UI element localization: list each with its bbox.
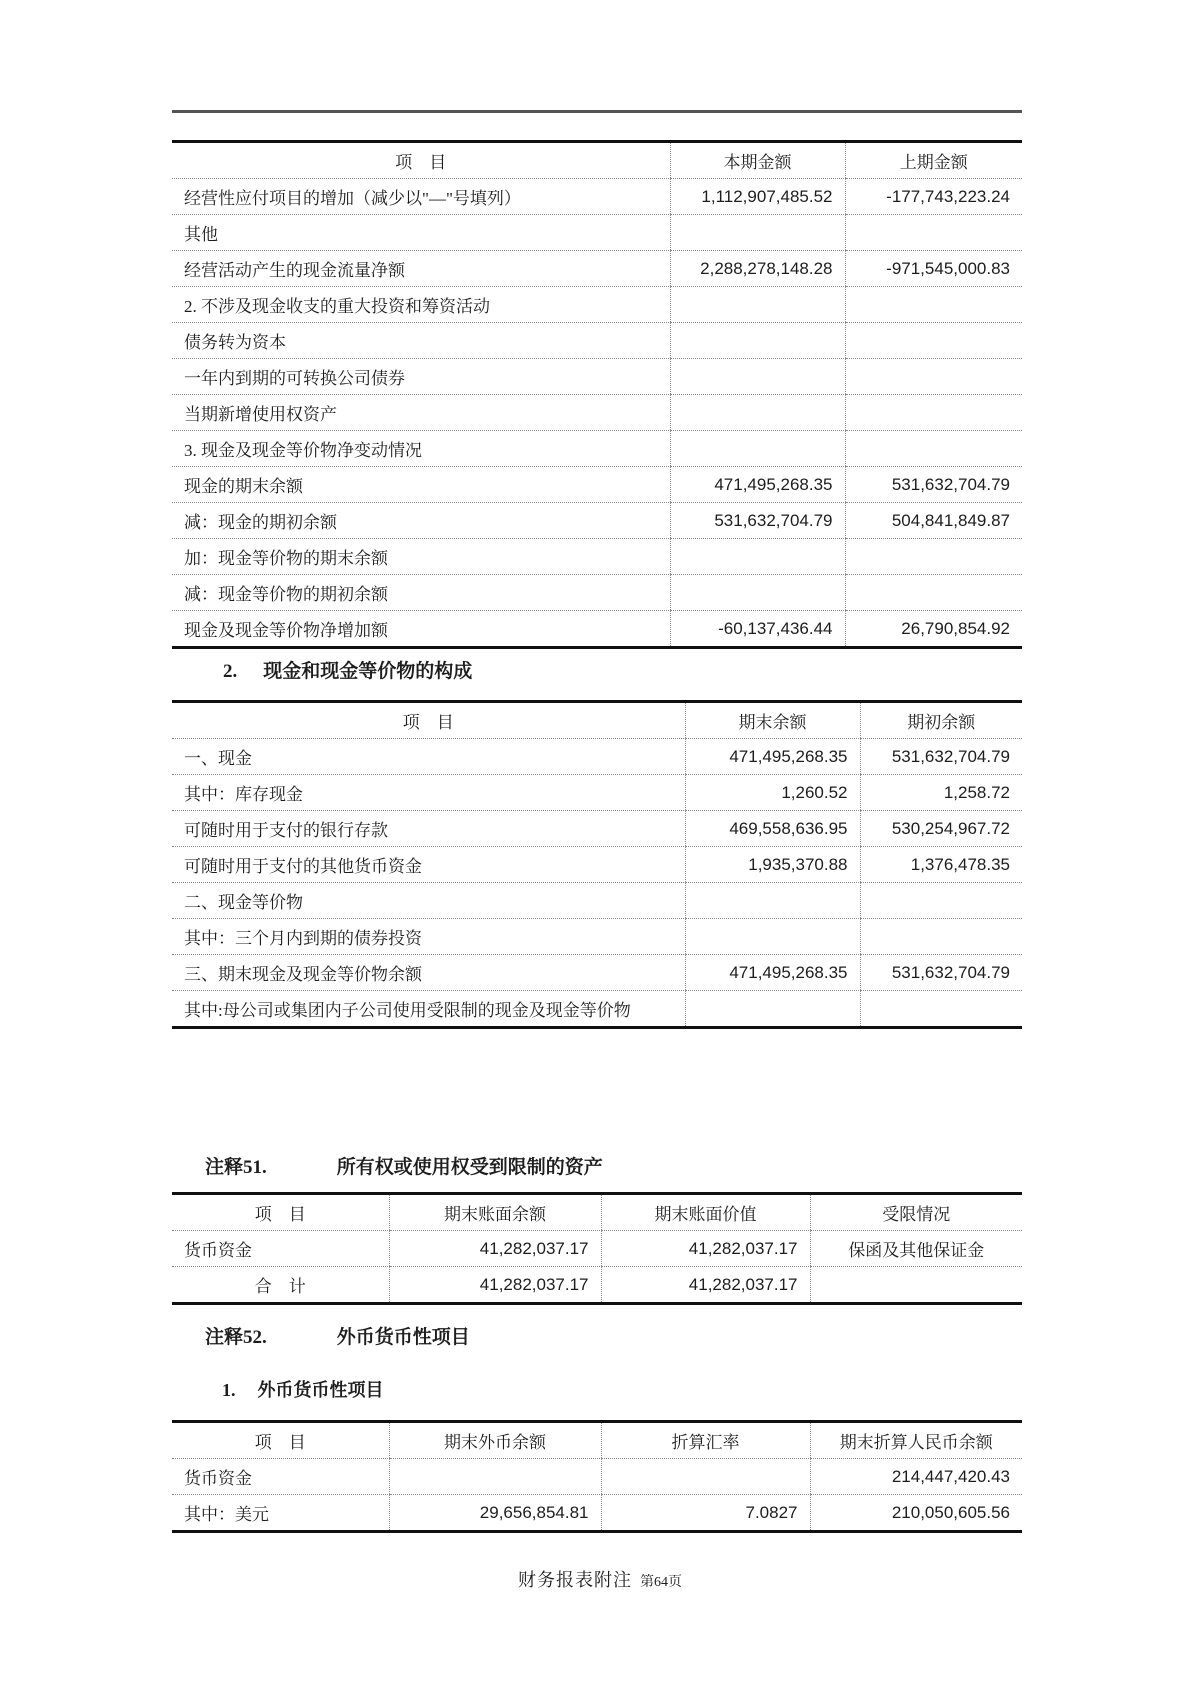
table-row: 2. 不涉及现金收支的重大投资和筹资活动 [172, 287, 1022, 323]
cell-item: 其他 [172, 215, 670, 251]
table-row: 现金及现金等价物净增加额 -60,137,436.44 26,790,854.9… [172, 611, 1022, 648]
section-heading-title: 现金和现金等价物的构成 [263, 661, 472, 682]
table-row: 货币资金 214,447,420.43 [172, 1459, 1022, 1495]
col-header-ending-book-balance: 期末账面余额 [389, 1194, 601, 1231]
cashflow-supplement-table: 项 目 本期金额 上期金额 经营性应付项目的增加（减少以"—"号填列） 1,11… [172, 140, 1022, 649]
cell-current-amount: 471,495,268.35 [670, 467, 845, 503]
cell-prior-amount [845, 575, 1022, 611]
note52-sub-heading: 1.外币货币性项目 [222, 1376, 384, 1402]
cell-current-amount: 1,112,907,485.52 [670, 179, 845, 215]
section-heading-number: 2. [223, 661, 237, 682]
cell-restriction: 保函及其他保证金 [810, 1231, 1022, 1267]
cell-ending-balance: 1,260.52 [685, 775, 860, 811]
table-row: 债务转为资本 [172, 323, 1022, 359]
cell-beginning-balance: 1,376,478.35 [860, 847, 1022, 883]
cell-current-amount [670, 431, 845, 467]
table-row: 可随时用于支付的其他货币资金 1,935,370.88 1,376,478.35 [172, 847, 1022, 883]
cell-beginning-balance [860, 883, 1022, 919]
cell-item: 其中：库存现金 [172, 775, 685, 811]
cell-item: 2. 不涉及现金收支的重大投资和筹资活动 [172, 287, 670, 323]
cell-item: 一年内到期的可转换公司债券 [172, 359, 670, 395]
cell-prior-amount: 504,841,849.87 [845, 503, 1022, 539]
col-header-ending-cny-balance: 期末折算人民币余额 [810, 1422, 1022, 1459]
table-row: 三、期末现金及现金等价物余额 471,495,268.35 531,632,70… [172, 955, 1022, 991]
cell-prior-amount [845, 395, 1022, 431]
cell-item: 当期新增使用权资产 [172, 395, 670, 431]
cell-item: 现金及现金等价物净增加额 [172, 611, 670, 648]
foreign-currency-table: 项 目 期末外币余额 折算汇率 期末折算人民币余额 货币资金 214,447,4… [172, 1420, 1022, 1533]
note51-title: 所有权或使用权受到限制的资产 [337, 1157, 603, 1178]
col-header-item: 项 目 [172, 142, 670, 179]
col-header-ending-foreign-balance: 期末外币余额 [389, 1422, 601, 1459]
footer-title: 财务报表附注 [518, 1570, 632, 1590]
cell-item: 经营性应付项目的增加（减少以"—"号填列） [172, 179, 670, 215]
cell-exchange-rate: 7.0827 [601, 1495, 810, 1532]
cell-cny-balance: 214,447,420.43 [810, 1459, 1022, 1495]
cell-item: 减：现金等价物的期初余额 [172, 575, 670, 611]
cell-prior-amount: 531,632,704.79 [845, 467, 1022, 503]
table-header-row: 项 目 期末余额 期初余额 [172, 702, 1022, 739]
cell-item: 可随时用于支付的其他货币资金 [172, 847, 685, 883]
cell-item: 其中：三个月内到期的债券投资 [172, 919, 685, 955]
cell-current-amount [670, 215, 845, 251]
col-header-prior-amount: 上期金额 [845, 142, 1022, 179]
table-row: 现金的期末余额 471,495,268.35 531,632,704.79 [172, 467, 1022, 503]
cell-prior-amount [845, 539, 1022, 575]
page-footer: 财务报表附注第64页 [0, 1566, 1200, 1592]
cell-item: 债务转为资本 [172, 323, 670, 359]
table-row: 其中：美元 29,656,854.81 7.0827 210,050,605.5… [172, 1495, 1022, 1532]
cell-ending-balance [685, 991, 860, 1028]
cell-beginning-balance: 530,254,967.72 [860, 811, 1022, 847]
table-row: 减：现金等价物的期初余额 [172, 575, 1022, 611]
table-header-row: 项 目 期末外币余额 折算汇率 期末折算人民币余额 [172, 1422, 1022, 1459]
cell-item: 减：现金的期初余额 [172, 503, 670, 539]
table-row: 当期新增使用权资产 [172, 395, 1022, 431]
col-header-current-amount: 本期金额 [670, 142, 845, 179]
col-header-restriction: 受限情况 [810, 1194, 1022, 1231]
cell-current-amount: 2,288,278,148.28 [670, 251, 845, 287]
cell-exchange-rate [601, 1459, 810, 1495]
table-row: 其中：三个月内到期的债券投资 [172, 919, 1022, 955]
cell-prior-amount [845, 323, 1022, 359]
cell-current-amount: 531,632,704.79 [670, 503, 845, 539]
cell-current-amount [670, 539, 845, 575]
note51-label: 注释51. [205, 1157, 267, 1178]
cell-prior-amount: -177,743,223.24 [845, 179, 1022, 215]
cell-item: 经营活动产生的现金流量净额 [172, 251, 670, 287]
cell-ending-balance: 469,558,636.95 [685, 811, 860, 847]
cell-prior-amount: -971,545,000.83 [845, 251, 1022, 287]
table-row: 经营性应付项目的增加（减少以"—"号填列） 1,112,907,485.52 -… [172, 179, 1022, 215]
table-row: 3. 现金及现金等价物净变动情况 [172, 431, 1022, 467]
cell-ending-balance: 471,495,268.35 [685, 739, 860, 775]
table-row: 二、现金等价物 [172, 883, 1022, 919]
cell-item: 可随时用于支付的银行存款 [172, 811, 685, 847]
cell-ending-balance: 471,495,268.35 [685, 955, 860, 991]
table-row: 一、现金 471,495,268.35 531,632,704.79 [172, 739, 1022, 775]
table-row: 其中:母公司或集团内子公司使用受限制的现金及现金等价物 [172, 991, 1022, 1028]
cell-ending-balance: 1,935,370.88 [685, 847, 860, 883]
cell-item: 其中:母公司或集团内子公司使用受限制的现金及现金等价物 [172, 991, 685, 1028]
section-heading-cash-composition: 2.现金和现金等价物的构成 [223, 656, 472, 683]
cell-beginning-balance: 1,258.72 [860, 775, 1022, 811]
col-header-beginning-balance: 期初余额 [860, 702, 1022, 739]
cell-item: 加：现金等价物的期末余额 [172, 539, 670, 575]
col-header-exchange-rate: 折算汇率 [601, 1422, 810, 1459]
cell-item: 现金的期末余额 [172, 467, 670, 503]
cell-beginning-balance [860, 919, 1022, 955]
note52-sub-number: 1. [222, 1380, 236, 1400]
cell-book-balance: 41,282,037.17 [389, 1231, 601, 1267]
cell-item: 一、现金 [172, 739, 685, 775]
col-header-item: 项 目 [172, 702, 685, 739]
table-row: 可随时用于支付的银行存款 469,558,636.95 530,254,967.… [172, 811, 1022, 847]
note52-title: 外币货币性项目 [337, 1327, 470, 1348]
table-row: 其他 [172, 215, 1022, 251]
cell-item: 货币资金 [172, 1459, 389, 1495]
table-row: 加：现金等价物的期末余额 [172, 539, 1022, 575]
cell-item: 合 计 [172, 1267, 389, 1304]
cell-restriction [810, 1267, 1022, 1304]
cell-beginning-balance: 531,632,704.79 [860, 739, 1022, 775]
cell-prior-amount [845, 215, 1022, 251]
cell-item: 二、现金等价物 [172, 883, 685, 919]
table-row: 合 计 41,282,037.17 41,282,037.17 [172, 1267, 1022, 1304]
table-row: 货币资金 41,282,037.17 41,282,037.17 保函及其他保证… [172, 1231, 1022, 1267]
cell-prior-amount [845, 431, 1022, 467]
table-header-row: 项 目 期末账面余额 期末账面价值 受限情况 [172, 1194, 1022, 1231]
cell-current-amount [670, 359, 845, 395]
cell-beginning-balance: 531,632,704.79 [860, 955, 1022, 991]
note52-heading: 注释52.外币货币性项目 [205, 1322, 470, 1349]
cell-current-amount [670, 395, 845, 431]
document-page: 项 目 本期金额 上期金额 经营性应付项目的增加（减少以"—"号填列） 1,11… [0, 0, 1200, 1696]
cell-book-balance: 41,282,037.17 [389, 1267, 601, 1304]
page-header-rule [172, 110, 1022, 113]
cell-item: 其中：美元 [172, 1495, 389, 1532]
table-row: 一年内到期的可转换公司债券 [172, 359, 1022, 395]
col-header-ending-book-value: 期末账面价值 [601, 1194, 810, 1231]
cell-foreign-balance [389, 1459, 601, 1495]
cell-current-amount [670, 575, 845, 611]
col-header-item: 项 目 [172, 1422, 389, 1459]
footer-page-number: 第64页 [640, 1575, 682, 1590]
cell-cny-balance: 210,050,605.56 [810, 1495, 1022, 1532]
col-header-ending-balance: 期末余额 [685, 702, 860, 739]
cell-prior-amount: 26,790,854.92 [845, 611, 1022, 648]
cell-item: 3. 现金及现金等价物净变动情况 [172, 431, 670, 467]
cell-current-amount [670, 287, 845, 323]
note52-label: 注释52. [205, 1327, 267, 1348]
note51-heading: 注释51.所有权或使用权受到限制的资产 [205, 1152, 603, 1179]
cash-equivalents-composition-table: 项 目 期末余额 期初余额 一、现金 471,495,268.35 531,63… [172, 700, 1022, 1029]
cell-prior-amount [845, 287, 1022, 323]
cell-foreign-balance: 29,656,854.81 [389, 1495, 601, 1532]
note52-sub-title: 外币货币性项目 [258, 1380, 384, 1400]
cell-current-amount [670, 323, 845, 359]
restricted-assets-table: 项 目 期末账面余额 期末账面价值 受限情况 货币资金 41,282,037.1… [172, 1192, 1022, 1305]
table-row: 其中：库存现金 1,260.52 1,258.72 [172, 775, 1022, 811]
table-row: 经营活动产生的现金流量净额 2,288,278,148.28 -971,545,… [172, 251, 1022, 287]
table-row: 减：现金的期初余额 531,632,704.79 504,841,849.87 [172, 503, 1022, 539]
cell-book-value: 41,282,037.17 [601, 1267, 810, 1304]
cell-item: 货币资金 [172, 1231, 389, 1267]
cell-ending-balance [685, 883, 860, 919]
cell-book-value: 41,282,037.17 [601, 1231, 810, 1267]
table-header-row: 项 目 本期金额 上期金额 [172, 142, 1022, 179]
col-header-item: 项 目 [172, 1194, 389, 1231]
cell-ending-balance [685, 919, 860, 955]
cell-prior-amount [845, 359, 1022, 395]
cell-current-amount: -60,137,436.44 [670, 611, 845, 648]
cell-item: 三、期末现金及现金等价物余额 [172, 955, 685, 991]
cell-beginning-balance [860, 991, 1022, 1028]
